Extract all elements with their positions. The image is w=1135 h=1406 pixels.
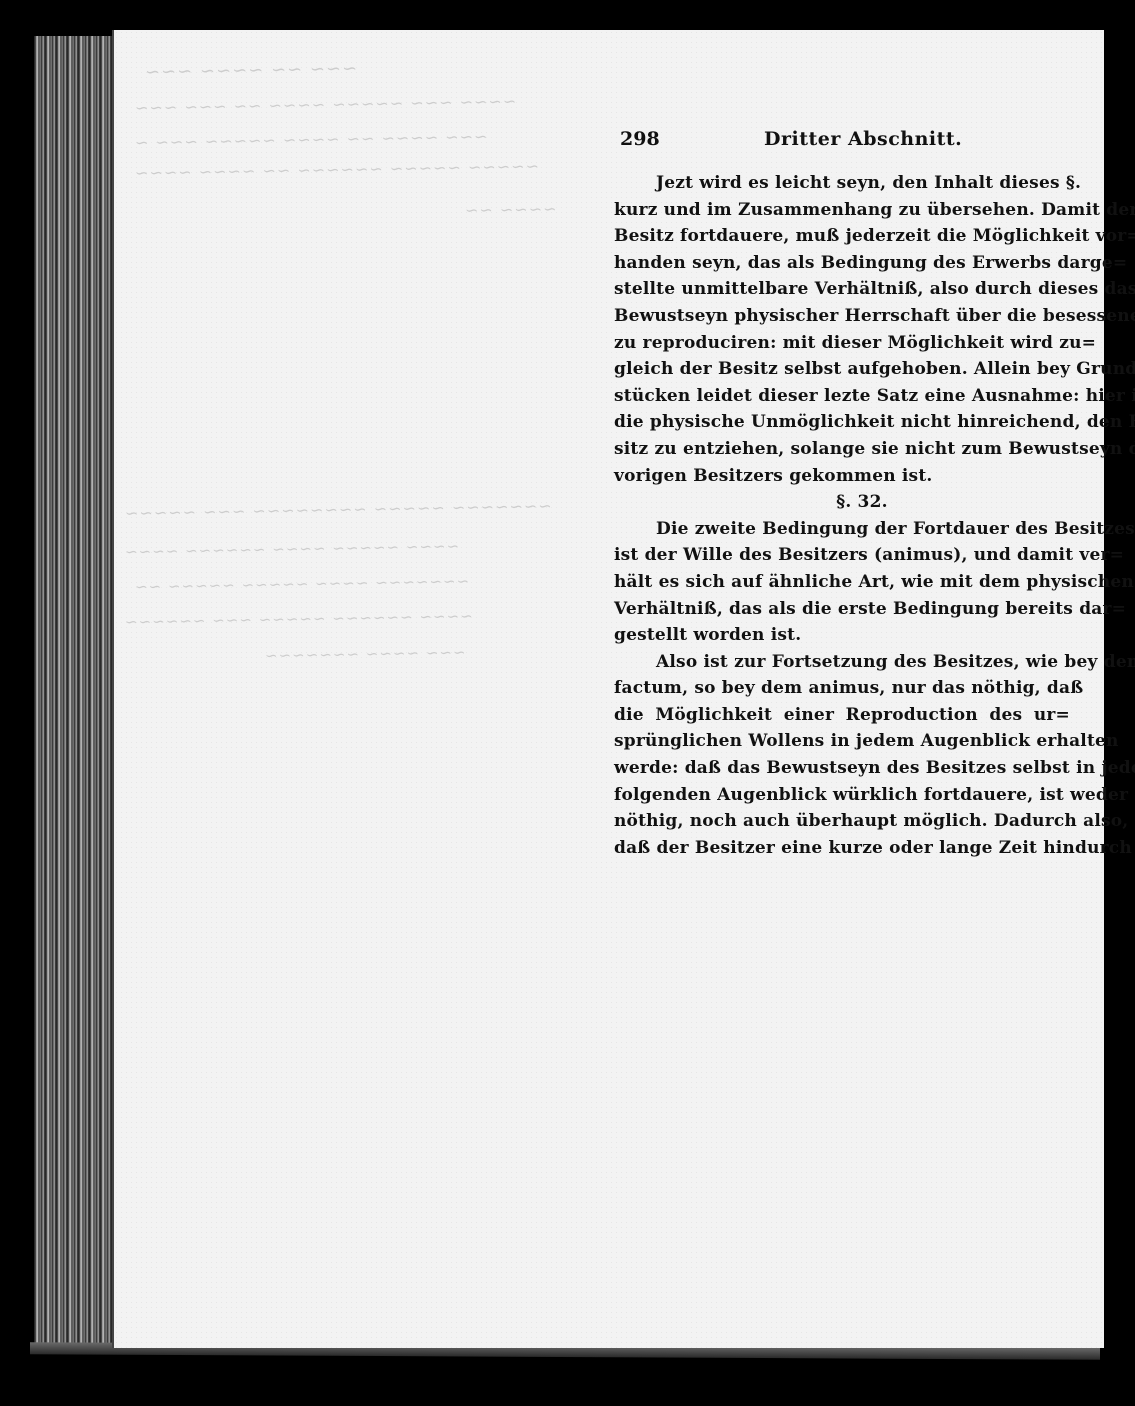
text-line: Jezt wird es leicht seyn, den Inhalt die…: [614, 170, 1070, 197]
text-line: hält es sich auf ähnliche Art, wie mit d…: [614, 569, 1070, 596]
bleed-through-line: ~~~~ ~~: [464, 199, 557, 220]
text-line: gestellt worden ist.: [614, 622, 1070, 649]
text-line: sitz zu entziehen, solange sie nicht zum…: [614, 436, 1070, 463]
bleed-through-line: ~~~~~~~ ~~~~ ~~~~~ ~~~~~ ~~: [134, 572, 469, 596]
text-line: die physische Unmöglichkeit nicht hinrei…: [614, 409, 1070, 436]
text-line: Die zweite Bedingung der Fortdauer des B…: [614, 516, 1070, 543]
bleed-through-line: ~~~~~~~ ~~~~~ ~~~~~~~~ ~~~ ~~~~~: [124, 496, 552, 522]
text-line: nöthig, noch auch überhaupt möglich. Dad…: [614, 808, 1070, 835]
text-line: sprünglichen Wollens in jedem Augenblick…: [614, 728, 1070, 755]
bleed-through-line: ~~~ ~~~~ ~~ ~~~~ ~~~~~ ~~~ ~: [134, 127, 488, 152]
page-number: 298: [620, 128, 660, 150]
text-line: Verhältniß, das als die erste Bedingung …: [614, 596, 1070, 623]
bleed-through-line: ~~~~ ~~~~~~ ~~~~~ ~~~ ~~~~~~: [124, 607, 473, 631]
running-head: 298 Dritter Abschnitt.: [614, 128, 1074, 158]
text-line: Also ist zur Fortsetzung des Besitzes, w…: [614, 649, 1070, 676]
text-line: die Möglichkeit einer Reproduction des u…: [614, 702, 1070, 729]
text-line: zu reproduciren: mit dieser Möglichkeit …: [614, 330, 1070, 357]
text-line: handen seyn, das als Bedingung des Erwer…: [614, 250, 1070, 277]
body-text: Jezt wird es leicht seyn, den Inhalt die…: [614, 170, 1070, 861]
text-line: stücken leidet dieser lezte Satz eine Au…: [614, 383, 1070, 410]
section-heading: §. 32.: [614, 489, 1070, 516]
text-line: Besitz fortdauere, muß jederzeit die Mög…: [614, 223, 1070, 250]
text-line: ist der Wille des Besitzers (animus), un…: [614, 542, 1070, 569]
text-line: kurz und im Zusammenhang zu übersehen. D…: [614, 197, 1070, 224]
text-line: Bewustseyn physischer Herrschaft über di…: [614, 303, 1070, 330]
text-line: factum, so bey dem animus, nur das nöthi…: [614, 675, 1070, 702]
chapter-title: Dritter Abschnitt.: [764, 128, 962, 150]
bleed-through-line: ~~~~ ~~~~~ ~~~~ ~~~~~~ ~~~~: [124, 537, 459, 561]
text-line: gleich der Besitz selbst aufgehoben. All…: [614, 356, 1070, 383]
text-line: vorigen Besitzers gekommen ist.: [614, 463, 1070, 490]
text-line: folgenden Augenblick würklich fortdauere…: [614, 782, 1070, 809]
text-line: daß der Besitzer eine kurze oder lange Z…: [614, 835, 1070, 862]
bleed-through-line: ~~~~~ ~~~~~ ~~~~~~ ~~ ~~~~ ~~~~: [134, 156, 539, 182]
text-line: stellte unmittelbare Verhältniß, also du…: [614, 276, 1070, 303]
book-page: ~~~ ~~ ~~~~ ~~~~~~~ ~~~ ~~~~~ ~~~~ ~~ ~~…: [112, 30, 1104, 1348]
bleed-through-line: ~~~~ ~~~ ~~~~~ ~~~~ ~~ ~~~ ~~~: [134, 92, 517, 118]
bleed-through-line: ~~~ ~~~~ ~~~~~~~: [264, 643, 466, 665]
book-page-edges: [34, 36, 114, 1352]
bleed-through-line: ~~~ ~~ ~~~~ ~~~: [144, 58, 357, 83]
text-line: werde: daß das Bewustseyn des Besitzes s…: [614, 755, 1070, 782]
